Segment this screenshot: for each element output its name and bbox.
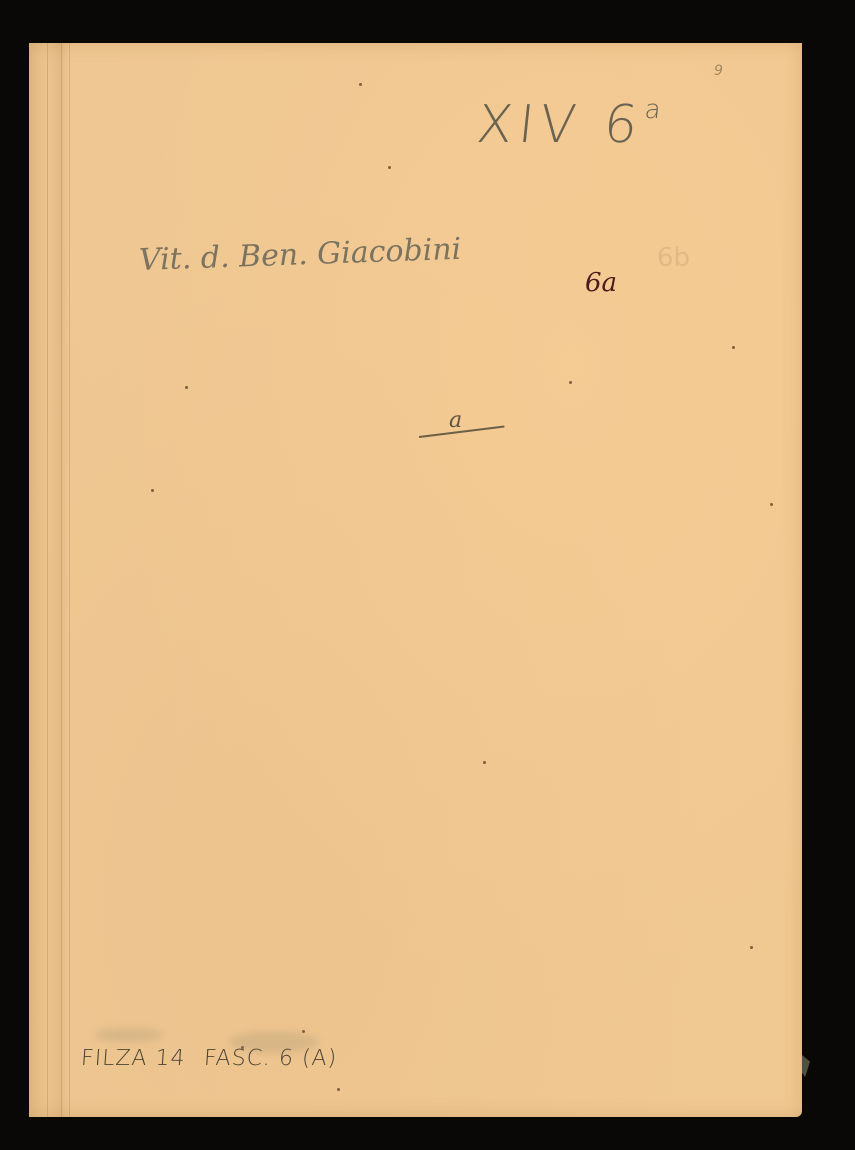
- archive-label-fascicolo: FASC. 6 (A): [203, 1046, 338, 1071]
- paper-stain: [94, 1028, 164, 1042]
- shelfmark-suffix: a: [643, 95, 668, 125]
- paper-speck: [151, 489, 154, 492]
- red-ink-mark: 6a: [585, 268, 617, 298]
- paper-speck: [337, 1088, 340, 1091]
- erased-mark: 6b: [657, 243, 690, 273]
- page-number: 9: [714, 63, 723, 79]
- binding-crease: [69, 43, 70, 1117]
- paper-speck: [569, 381, 572, 384]
- archive-label-filza: FILZA 14: [80, 1046, 186, 1071]
- handwritten-title: Vit. d. Ben. Giacobini: [138, 232, 461, 278]
- shelfmark: XIV 6a: [474, 95, 668, 155]
- paper-tear: [802, 1055, 810, 1077]
- shelfmark-number: 6: [601, 95, 646, 155]
- paper-speck: [388, 166, 391, 169]
- paper-speck: [483, 761, 486, 764]
- section-letter: a: [449, 408, 462, 433]
- paper-speck: [750, 946, 753, 949]
- paper-speck: [732, 346, 735, 349]
- binding-crease: [61, 43, 62, 1117]
- binding-crease: [47, 43, 48, 1117]
- shelfmark-roman: XIV: [474, 95, 585, 155]
- paper-speck: [185, 386, 188, 389]
- section-letter-mark: a: [419, 408, 507, 442]
- document-page: 9 XIV 6a 6b Vit. d. Ben. Giacobini 6a a …: [29, 43, 802, 1117]
- paper-speck: [359, 83, 362, 86]
- paper-speck: [770, 503, 773, 506]
